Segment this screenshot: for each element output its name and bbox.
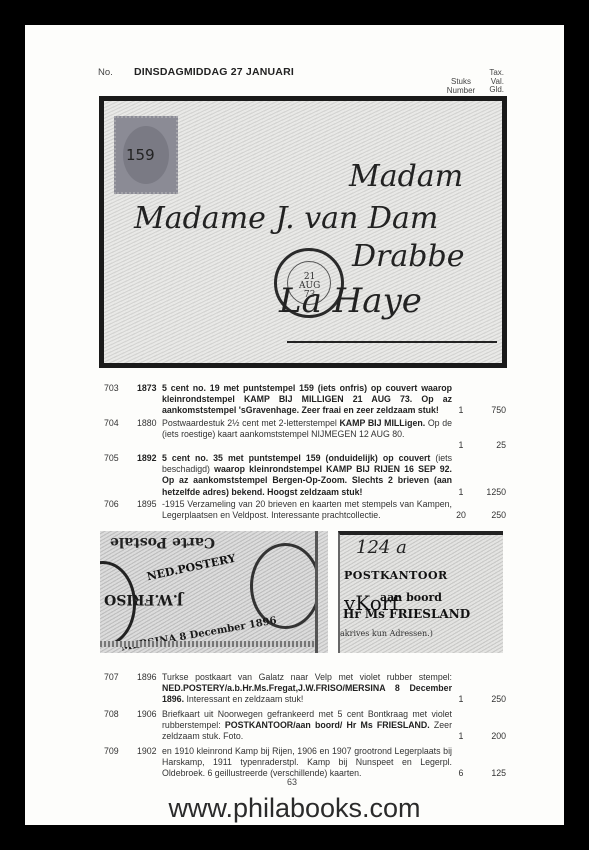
- lot-value: 1250: [476, 487, 506, 498]
- lot-number: 708: [104, 709, 119, 720]
- stamp-image: 159: [114, 116, 178, 194]
- lot-year: 1902: [137, 746, 157, 757]
- footer-url[interactable]: www.philabooks.com: [0, 793, 589, 824]
- lot-year: 1892: [137, 453, 157, 464]
- header-no-label: No.: [98, 67, 113, 78]
- lot-year: 1880: [137, 418, 157, 429]
- page-title: DINSDAGMIDDAG 27 JANUARI: [134, 66, 294, 78]
- lot-number: 709: [104, 746, 119, 757]
- lot-number: 706: [104, 499, 119, 510]
- lot-quantity: 20: [449, 510, 473, 521]
- lot-number: 707: [104, 672, 119, 683]
- lot-year: 1895: [137, 499, 157, 510]
- lot-description: 5 cent no. 35 met puntstempel 159 (ondui…: [162, 453, 452, 498]
- lot-value: 250: [476, 510, 506, 521]
- lot-description: Briefkaart uit Noorwegen gefrankeerd met…: [162, 709, 452, 743]
- lot-description: en 1910 kleinrond Kamp bij Rijen, 1906 e…: [162, 746, 452, 780]
- postcards-photo: Carte Postale NED.POSTERY J.W.FRISO MERS…: [100, 531, 503, 653]
- lot-quantity: 1: [449, 694, 473, 705]
- lot-number: 704: [104, 418, 119, 429]
- lot-description: 5 cent no. 19 met puntstempel 159 (iets …: [162, 383, 452, 417]
- lot-quantity: 1: [449, 731, 473, 742]
- address-line: Madame J. van Dam: [134, 201, 438, 236]
- address-line: La Haye: [279, 281, 422, 321]
- lot-quantity: 1: [449, 440, 473, 451]
- stamp-cancel-number: 159: [126, 146, 155, 164]
- lot-description: Postwaardestuk 2½ cent met 2-letterstemp…: [162, 418, 452, 440]
- lot-quantity: 1: [449, 487, 473, 498]
- lot-value: 25: [476, 440, 506, 451]
- postcard-left: Carte Postale NED.POSTERY J.W.FRISO MERS…: [100, 531, 318, 653]
- header-stuks-label: Stuks Number: [444, 78, 478, 95]
- page-number: 63: [287, 777, 297, 787]
- lot-value: 750: [476, 405, 506, 416]
- lot-value: 125: [476, 768, 506, 779]
- header-tax-label: Tax. Val. Gld.: [484, 69, 504, 95]
- envelope-photo: 159 21AUG73 Madam Madame J. van Dam Drab…: [99, 96, 507, 368]
- envelope: 159 21AUG73 Madam Madame J. van Dam Drab…: [104, 101, 502, 363]
- lot-description: -1915 Verzameling van 20 brieven en kaar…: [162, 499, 452, 521]
- lot-quantity: 1: [449, 405, 473, 416]
- postcard-right: 124 a POSTKANTOOR vKorf aan boord Hr Ms …: [338, 531, 503, 653]
- lot-year: 1873: [137, 383, 157, 394]
- address-line: Madam: [349, 159, 463, 194]
- lot-description: Turkse postkaart van Galatz naar Velp me…: [162, 672, 452, 706]
- lot-year: 1896: [137, 672, 157, 683]
- lot-number: 705: [104, 453, 119, 464]
- lot-quantity: 6: [449, 768, 473, 779]
- lot-year: 1906: [137, 709, 157, 720]
- lot-value: 250: [476, 694, 506, 705]
- lot-number: 703: [104, 383, 119, 394]
- lot-value: 200: [476, 731, 506, 742]
- address-line: Drabbe: [352, 239, 464, 274]
